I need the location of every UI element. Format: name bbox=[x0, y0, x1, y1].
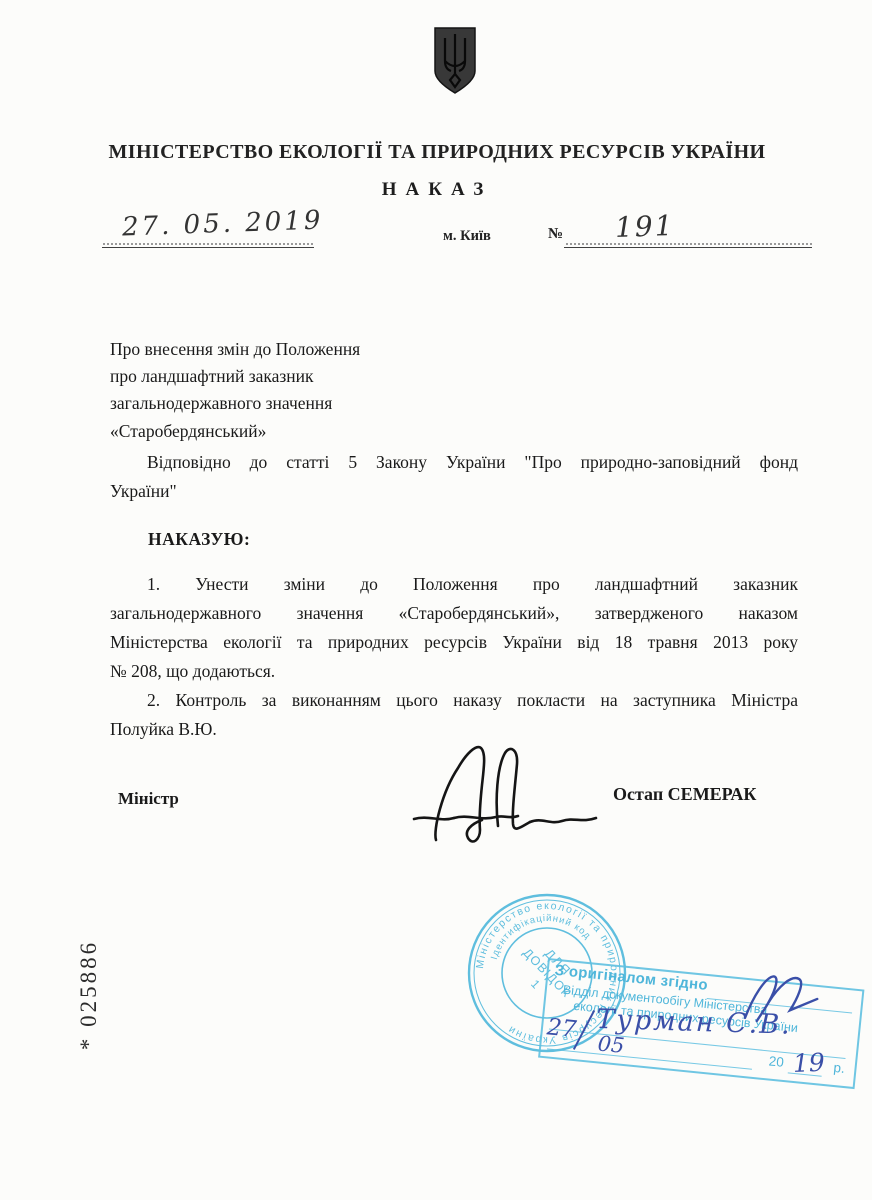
handwritten-day: 27 bbox=[546, 1014, 578, 1043]
round-stamp-center-line3: 1 bbox=[528, 977, 543, 992]
registration-side-number: * 025886 bbox=[76, 920, 104, 1070]
subject-block: Про внесення змін до Положення про ландш… bbox=[110, 336, 530, 445]
handwritten-year: 19 bbox=[792, 1048, 825, 1078]
item1-line: 1. Унести зміни до Положення про ландшаф… bbox=[110, 570, 798, 599]
intro-line: Відповідно до статті 5 Закону України "П… bbox=[110, 448, 798, 477]
subject-line: загальнодержавного значення bbox=[110, 390, 530, 417]
date-underline bbox=[102, 247, 314, 248]
handwritten-date: 27. 05. 2019 bbox=[122, 205, 324, 242]
order-items: 1. Унести зміни до Положення про ландшаф… bbox=[110, 570, 798, 744]
intro-line: України" bbox=[110, 477, 798, 506]
date-underline-dotted bbox=[103, 243, 313, 245]
number-underline bbox=[564, 247, 812, 248]
signer-title: Міністр bbox=[118, 789, 179, 809]
order-word: НАКАЗУЮ: bbox=[148, 529, 250, 550]
handwritten-number: 191 bbox=[614, 209, 675, 244]
subject-line: «Старобердянський» bbox=[110, 418, 530, 445]
stamp-year-prefix: 20 bbox=[768, 1053, 784, 1069]
scanned-order-page: МІНІСТЕРСТВО ЕКОЛОГІЇ ТА ПРИРОДНИХ РЕСУР… bbox=[0, 0, 872, 1200]
item1-line: № 208, що додаються. bbox=[110, 657, 798, 686]
item1-line: Міністерства екології та природних ресур… bbox=[110, 628, 798, 657]
number-underline-dotted bbox=[566, 243, 812, 245]
minister-signature bbox=[406, 740, 604, 852]
certification-stamp: З оригіналом згідно Відділ документообіг… bbox=[538, 958, 864, 1089]
item1-line: загальнодержавного значення «Старобердян… bbox=[110, 599, 798, 628]
stamp-date-line bbox=[547, 1048, 752, 1069]
stamp-year-suffix: р. bbox=[833, 1060, 846, 1076]
number-sign: № bbox=[548, 226, 563, 243]
handwritten-month: 05 bbox=[597, 1031, 626, 1058]
intro-paragraph: Відповідно до статті 5 Закону України "П… bbox=[110, 448, 798, 506]
subject-line: Про внесення змін до Положення bbox=[110, 336, 530, 363]
item2-line: 2. Контроль за виконанням цього наказу п… bbox=[110, 686, 798, 715]
document-type-title: НАКАЗ bbox=[92, 179, 782, 201]
ukraine-trident-emblem bbox=[432, 26, 478, 96]
city-label: м. Київ bbox=[443, 228, 491, 245]
subject-line: про ландшафтний заказник bbox=[110, 363, 530, 390]
signer-name: Остап СЕМЕРАК bbox=[613, 784, 756, 805]
ministry-title: МІНІСТЕРСТВО ЕКОЛОГІЇ ТА ПРИРОДНИХ РЕСУР… bbox=[92, 141, 782, 164]
